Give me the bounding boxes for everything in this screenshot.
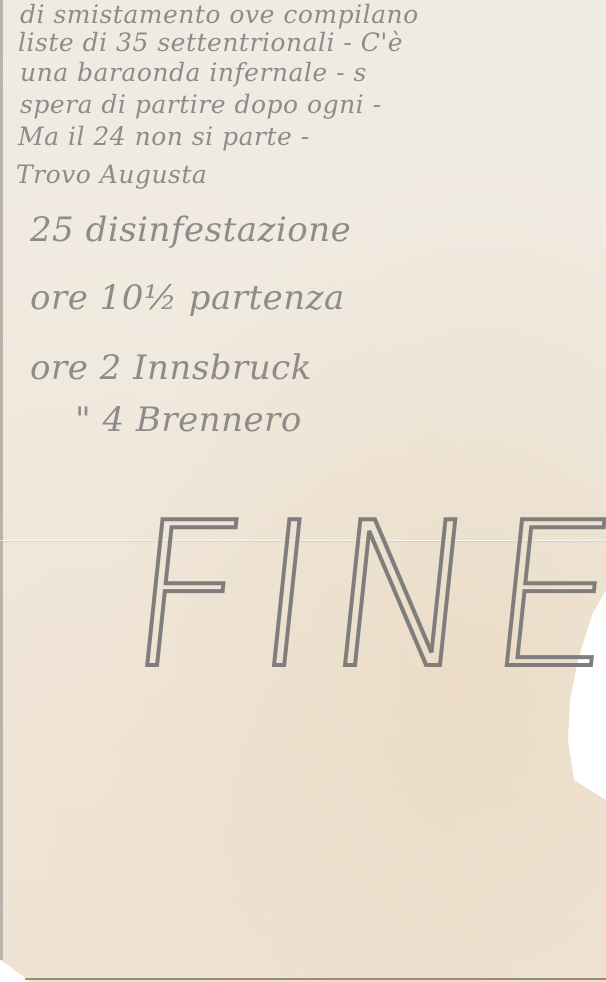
closing-word-fine: FINE [118,480,606,713]
handwritten-line-5: Ma il 24 non si parte - [18,122,310,151]
page-bottom-edge [25,978,606,980]
handwritten-line-10: " 4 Brennero [75,400,302,440]
handwritten-line-1: di smistamento ove compilano [20,0,419,29]
handwritten-line-6: Trovo Augusta [16,160,207,189]
handwritten-line-2: liste di 35 settentrionali - C'è [18,28,403,57]
handwritten-line-7: 25 disinfestazione [30,210,351,250]
page-left-edge [0,0,3,960]
handwritten-line-8: ore 10½ partenza [30,278,345,318]
handwritten-line-4: spera di partire dopo ogni - [20,90,382,119]
handwritten-line-9: ore 2 Innsbruck [30,348,312,388]
handwritten-line-3: una baraonda infernale - s [20,58,367,87]
